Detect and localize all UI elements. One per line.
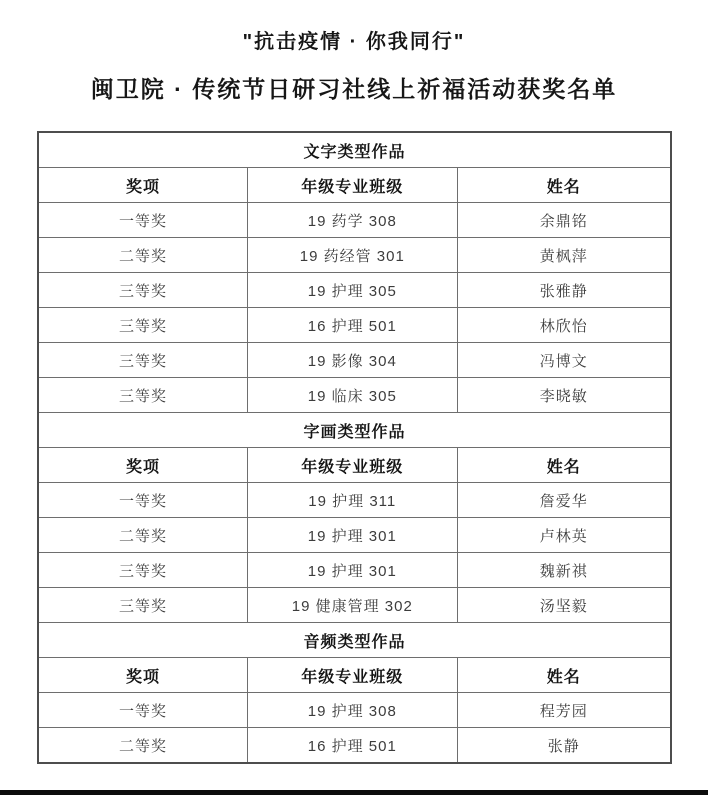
- name-cell: 余鼎铭: [457, 203, 671, 238]
- column-header-name: 姓名: [457, 448, 671, 483]
- award-cell: 三等奖: [38, 588, 248, 623]
- award-cell: 一等奖: [38, 483, 248, 518]
- section-title: 音频类型作品: [38, 623, 671, 658]
- class-cell: 19 药经管 301: [248, 238, 458, 273]
- section-row-calligraphy-works: 字画类型作品: [38, 413, 671, 448]
- class-cell: 19 护理 308: [248, 693, 458, 728]
- awards-table: 文字类型作品 奖项 年级专业班级 姓名 一等奖 19 药学 308 余鼎铭 二等…: [37, 131, 672, 764]
- section-title: 字画类型作品: [38, 413, 671, 448]
- table-row: 二等奖 19 药经管 301 黄枫萍: [38, 238, 671, 273]
- class-cell: 19 护理 301: [248, 553, 458, 588]
- table-row: 三等奖 19 护理 301 魏新祺: [38, 553, 671, 588]
- award-cell: 二等奖: [38, 728, 248, 764]
- column-header-award: 奖项: [38, 448, 248, 483]
- award-cell: 二等奖: [38, 238, 248, 273]
- table-row: 一等奖 19 护理 308 程芳园: [38, 693, 671, 728]
- table-row: 三等奖 19 影像 304 冯博文: [38, 343, 671, 378]
- table-row: 一等奖 19 护理 311 詹爱华: [38, 483, 671, 518]
- name-cell: 程芳园: [457, 693, 671, 728]
- column-header-row: 奖项 年级专业班级 姓名: [38, 168, 671, 203]
- name-cell: 李晓敏: [457, 378, 671, 413]
- table-row: 二等奖 16 护理 501 张静: [38, 728, 671, 764]
- name-cell: 张静: [457, 728, 671, 764]
- table-row: 三等奖 19 临床 305 李晓敏: [38, 378, 671, 413]
- class-cell: 19 临床 305: [248, 378, 458, 413]
- award-cell: 三等奖: [38, 553, 248, 588]
- column-header-name: 姓名: [457, 168, 671, 203]
- name-cell: 卢林英: [457, 518, 671, 553]
- section-title: 文字类型作品: [38, 132, 671, 168]
- class-cell: 19 护理 305: [248, 273, 458, 308]
- name-cell: 詹爱华: [457, 483, 671, 518]
- class-cell: 19 护理 301: [248, 518, 458, 553]
- award-cell: 三等奖: [38, 273, 248, 308]
- bottom-edge-bar: [0, 790, 708, 795]
- table-row: 二等奖 19 护理 301 卢林英: [38, 518, 671, 553]
- name-cell: 冯博文: [457, 343, 671, 378]
- award-cell: 一等奖: [38, 693, 248, 728]
- name-cell: 张雅静: [457, 273, 671, 308]
- table-row: 三等奖 19 护理 305 张雅静: [38, 273, 671, 308]
- column-header-award: 奖项: [38, 658, 248, 693]
- name-cell: 魏新祺: [457, 553, 671, 588]
- class-cell: 19 护理 311: [248, 483, 458, 518]
- column-header-row: 奖项 年级专业班级 姓名: [38, 448, 671, 483]
- column-header-award: 奖项: [38, 168, 248, 203]
- class-cell: 16 护理 501: [248, 308, 458, 343]
- section-row-text-works: 文字类型作品: [38, 132, 671, 168]
- column-header-class: 年级专业班级: [248, 168, 458, 203]
- award-cell: 三等奖: [38, 378, 248, 413]
- award-cell: 一等奖: [38, 203, 248, 238]
- name-cell: 黄枫萍: [457, 238, 671, 273]
- page-subtitle: 闽卫院 · 传统节日研习社线上祈福活动获奖名单: [0, 71, 708, 104]
- class-cell: 19 影像 304: [248, 343, 458, 378]
- award-cell: 二等奖: [38, 518, 248, 553]
- class-cell: 19 健康管理 302: [248, 588, 458, 623]
- name-cell: 汤坚毅: [457, 588, 671, 623]
- page-title: "抗击疫情 · 你我同行": [0, 25, 708, 54]
- section-row-audio-works: 音频类型作品: [38, 623, 671, 658]
- column-header-row: 奖项 年级专业班级 姓名: [38, 658, 671, 693]
- column-header-name: 姓名: [457, 658, 671, 693]
- column-header-class: 年级专业班级: [248, 658, 458, 693]
- table-row: 三等奖 16 护理 501 林欣怡: [38, 308, 671, 343]
- class-cell: 19 药学 308: [248, 203, 458, 238]
- table-row: 三等奖 19 健康管理 302 汤坚毅: [38, 588, 671, 623]
- name-cell: 林欣怡: [457, 308, 671, 343]
- table-row: 一等奖 19 药学 308 余鼎铭: [38, 203, 671, 238]
- award-cell: 三等奖: [38, 343, 248, 378]
- award-cell: 三等奖: [38, 308, 248, 343]
- class-cell: 16 护理 501: [248, 728, 458, 764]
- column-header-class: 年级专业班级: [248, 448, 458, 483]
